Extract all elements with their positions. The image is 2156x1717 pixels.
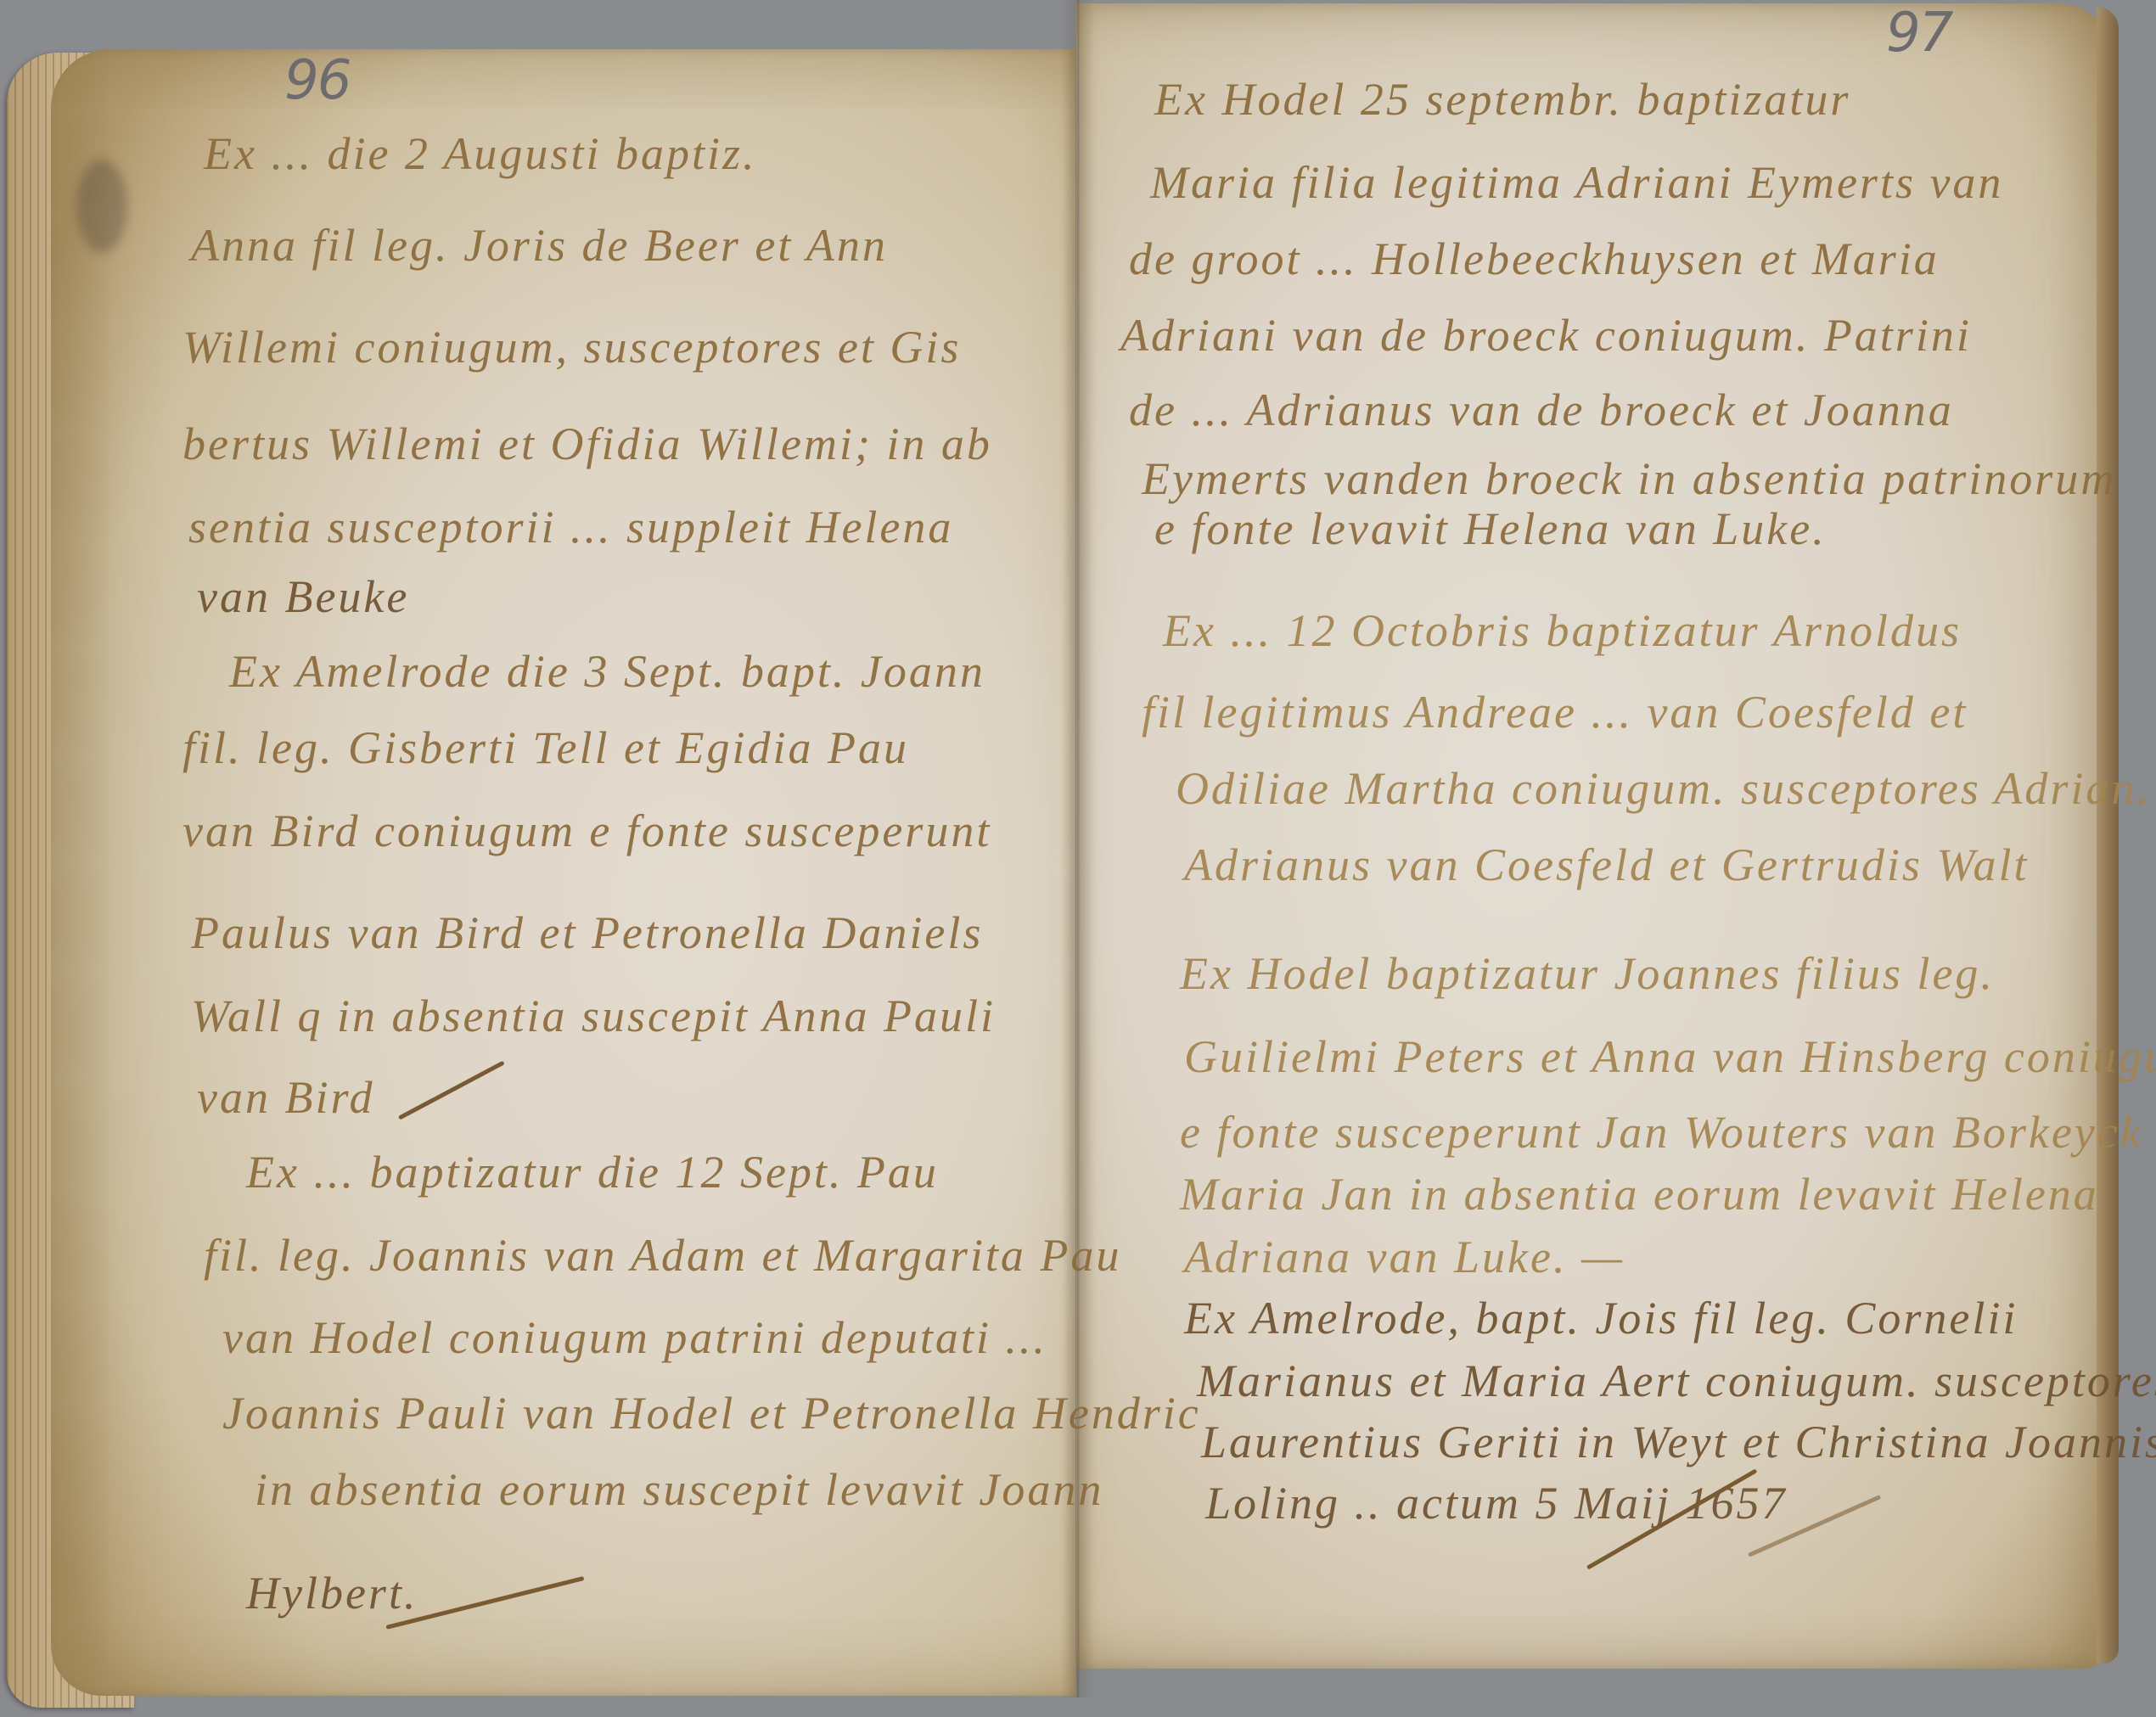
manuscript-line: Ex Hodel baptizatur Joannes filius leg.: [1180, 947, 1995, 1000]
manuscript-line: Odiliae Martha coniugum. susceptores Adr…: [1176, 762, 2151, 815]
manuscript-line: e fonte susceperunt Jan Wouters van Bork…: [1180, 1106, 2156, 1159]
folio-number-right: 97: [1886, 2, 1951, 65]
manuscript-line: Wall q in absentia suscepit Anna Pauli: [191, 990, 996, 1042]
open-manuscript-book: 96 97 Ex ... die 2 Augusti baptiz. Anna …: [0, 0, 2156, 1717]
manuscript-line: Ex Amelrode, bapt. Jois fil leg. Corneli…: [1184, 1292, 2018, 1344]
manuscript-line: Maria filia legitima Adriani Eymerts van: [1150, 156, 2003, 209]
manuscript-line: fil legitimus Andreae ... van Coesfeld e…: [1142, 686, 1968, 738]
manuscript-line: in absentia eorum suscepit levavit Joann: [255, 1463, 1103, 1516]
manuscript-line: Ex ... die 2 Augusti baptiz.: [204, 127, 756, 180]
manuscript-line: bertus Willemi et Ofidia Willemi; in ab: [182, 418, 992, 470]
manuscript-line: fil. leg. Joannis van Adam et Margarita …: [204, 1229, 1121, 1282]
manuscript-line: Maria Jan in absentia eorum levavit Hele…: [1180, 1168, 2099, 1220]
manuscript-line: Eymerts vanden broeck in absentia patrin…: [1142, 452, 2116, 505]
manuscript-line: Adriani van de broeck coniugum. Patrini: [1120, 309, 1972, 362]
left-page: [51, 49, 1075, 1696]
manuscript-line: de ... Adrianus van de broeck et Joanna: [1129, 384, 1954, 436]
manuscript-line: de groot ... Hollebeeckhuysen et Maria: [1129, 233, 1940, 285]
manuscript-line: Adriana van Luke. —: [1184, 1231, 1625, 1283]
manuscript-line: sentia susceptorii ... suppleit Helena: [188, 501, 953, 553]
manuscript-line: Ex Amelrode die 3 Sept. bapt. Joann: [229, 645, 985, 698]
manuscript-line: Adrianus van Coesfeld et Gertrudis Walt: [1184, 839, 2029, 891]
manuscript-line: Anna fil leg. Joris de Beer et Ann: [191, 219, 888, 272]
manuscript-line: Ex ... 12 Octobris baptizatur Arnoldus: [1163, 604, 1962, 657]
manuscript-line: van Bird coniugum e fonte susceperunt: [182, 805, 991, 857]
folio-number-left: 96: [284, 49, 350, 112]
manuscript-line: Marianus et Maria Aert coniugum. suscept…: [1197, 1355, 2156, 1407]
manuscript-line: Hylbert.: [246, 1567, 418, 1619]
manuscript-line: van Bird: [197, 1071, 374, 1124]
manuscript-line: Willemi coniugum, susceptores et Gis: [182, 321, 961, 373]
manuscript-line: van Beuke: [197, 570, 409, 623]
manuscript-line: Joannis Pauli van Hodel et Petronella He…: [222, 1387, 1201, 1439]
manuscript-line: Laurentius Geriti in Weyt et Christina J…: [1201, 1416, 2156, 1468]
manuscript-line: Paulus van Bird et Petronella Daniels: [191, 906, 983, 959]
manuscript-line: fil. leg. Gisberti Tell et Egidia Pau: [182, 721, 909, 774]
manuscript-line: van Hodel coniugum patrini deputati ...: [222, 1311, 1047, 1364]
manuscript-line: e fonte levavit Helena van Luke.: [1154, 502, 1827, 555]
manuscript-line: Ex ... baptizatur die 12 Sept. Pau: [246, 1146, 939, 1198]
manuscript-line: Guilielmi Peters et Anna van Hinsberg co…: [1184, 1030, 2156, 1083]
manuscript-line: Ex Hodel 25 septembr. baptizatur: [1154, 73, 1850, 126]
ink-stain: [76, 160, 127, 253]
